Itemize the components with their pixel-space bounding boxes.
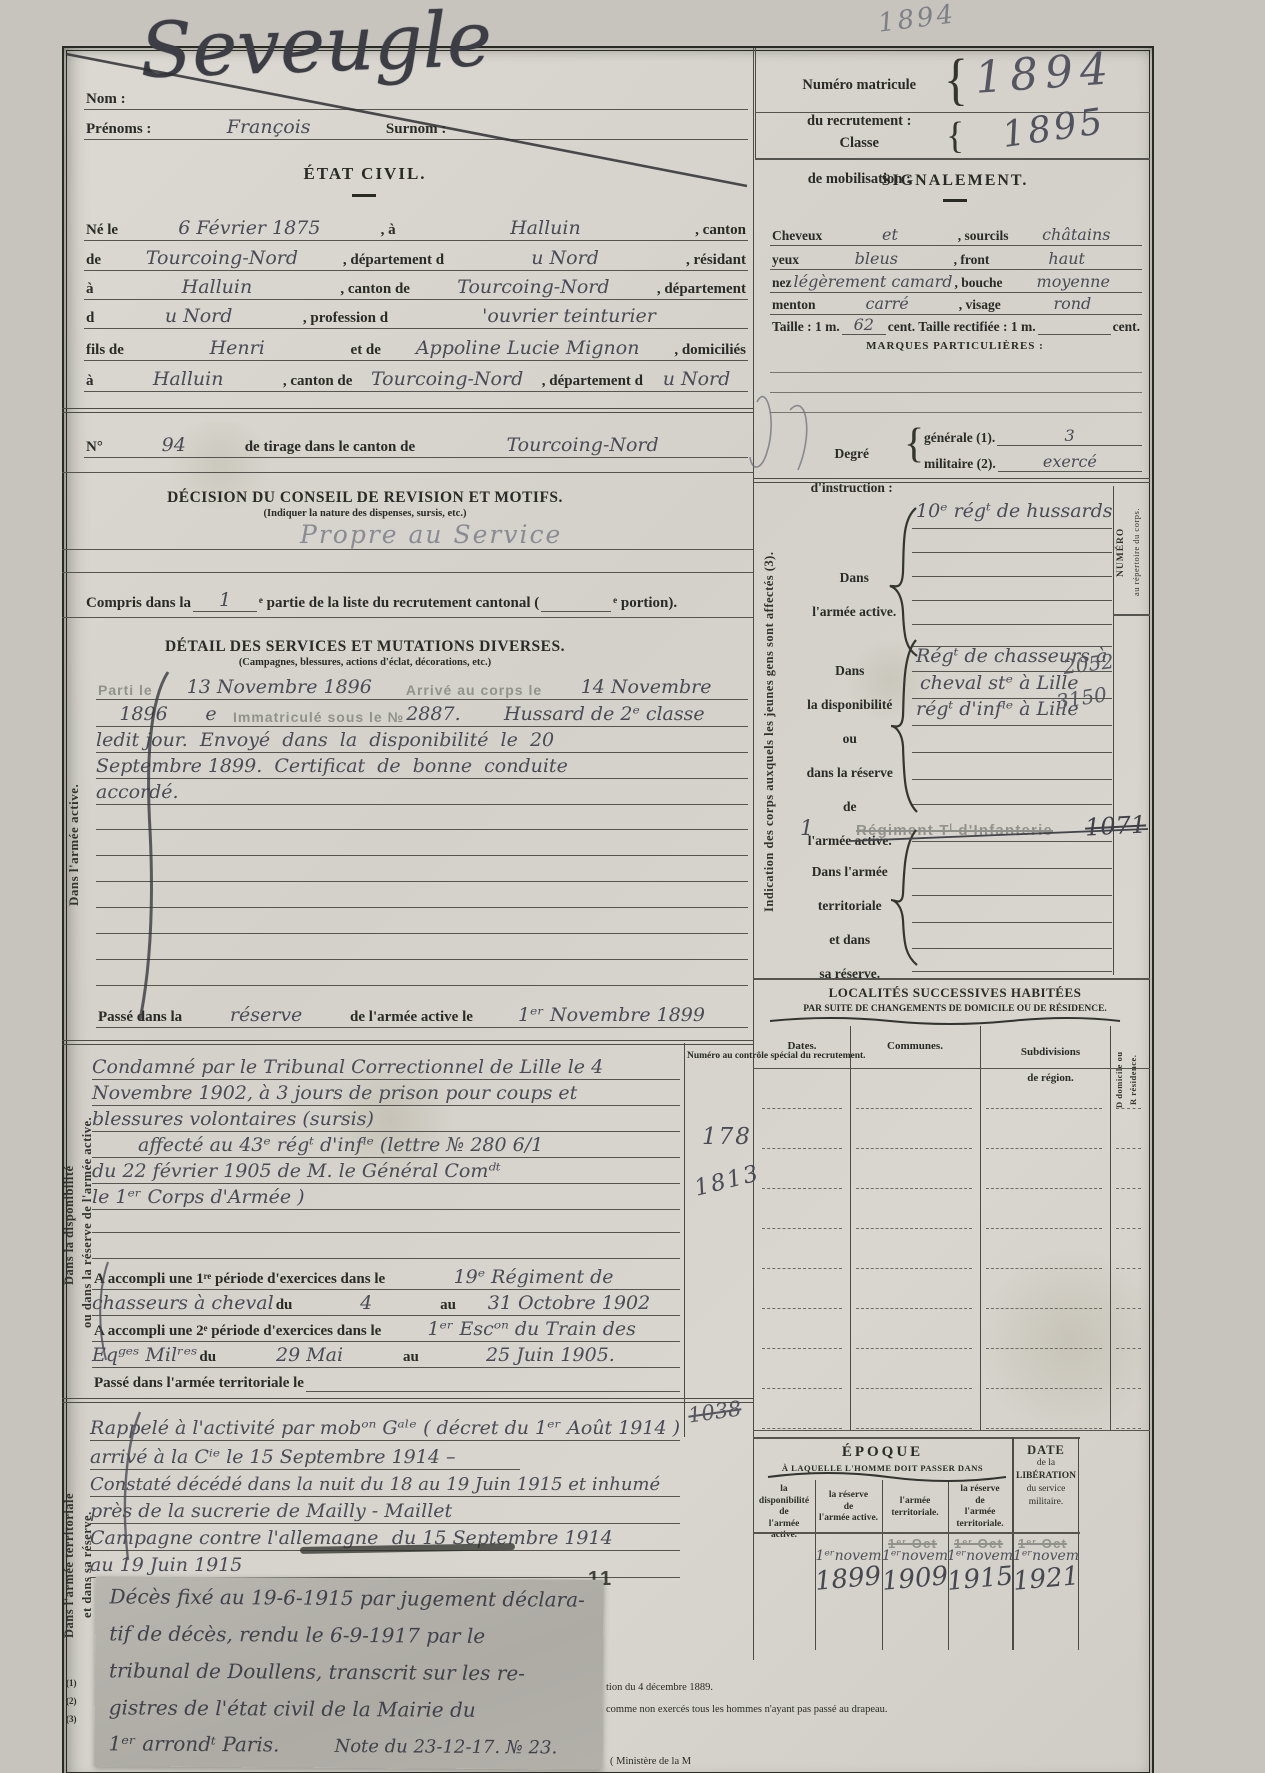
armee-active-le-label: de l'armée active le: [350, 1009, 473, 1026]
epoque-col3-l1: l'armée: [900, 1496, 931, 1508]
cell-dr: [1116, 1308, 1141, 1349]
periode1-corps-value-2: chasseurs à cheval: [92, 1292, 274, 1314]
affectation-text: du 22 février 1905 de M. le Général Comᵈ…: [92, 1160, 501, 1182]
cell-communes: [856, 1308, 972, 1349]
localites-row: [755, 1348, 1148, 1388]
blank-rule: [912, 600, 1112, 601]
deces-line-1: Constaté décédé dans la nuit du 18 au 19…: [90, 1468, 680, 1497]
section-divider: [62, 1040, 753, 1045]
fils-de-label: fils de: [86, 342, 124, 359]
epoque-year-1: 1899: [814, 1561, 883, 1597]
du-label: du: [276, 1297, 293, 1314]
surname-script: Seveugle: [139, 0, 494, 95]
epoque-col4-l2: de: [975, 1496, 985, 1508]
cell-dr: [1116, 1068, 1141, 1109]
signalement-title-dash: [943, 199, 967, 202]
nom-line: Nom :: [84, 84, 748, 110]
cell-communes: [856, 1068, 972, 1109]
blank-rule: [96, 933, 748, 934]
de-la-label: de la: [1037, 1457, 1055, 1470]
stray-letter: e: [191, 703, 231, 725]
epoque-right-border: [1078, 1437, 1079, 1650]
rappel-line-2: arrivé à la Cⁱᵉ le 15 Septembre 1914 –: [90, 1441, 520, 1470]
epoque-header-rule: [753, 1532, 1080, 1534]
dans-label: Dans: [835, 663, 864, 678]
profession-label: , profession d: [303, 310, 388, 327]
dans-label: Dans: [840, 570, 869, 585]
services-subtitle: (Campagnes, blessures, actions d'éclat, …: [80, 657, 650, 668]
numero-repertoire-border: [1113, 486, 1114, 975]
nom-label: Nom :: [86, 91, 126, 108]
epoque-col-line-3: [948, 1480, 949, 1650]
du-label: du: [199, 1349, 216, 1366]
disponibilite-label: la disponibilité: [807, 697, 892, 712]
menton-label: menton: [772, 297, 816, 313]
footnote-text-2: comme non exercés tous les hommes n'ayan…: [606, 1704, 888, 1715]
epoque-col-line-1: [815, 1480, 816, 1650]
cell-dr: [1116, 1228, 1141, 1269]
localites-bottom-border: [753, 1430, 1150, 1431]
epoque-year-3: 1915: [946, 1561, 1015, 1597]
blank-rule: [912, 528, 1112, 529]
controle-header: Numéro au contrôle spécial du recrutemen…: [687, 1050, 749, 1063]
condamnation-line-1: Condamné par le Tribunal Correctionnel d…: [92, 1052, 680, 1080]
cell-dr: [1116, 1268, 1141, 1309]
blank-rule: [912, 779, 1112, 780]
du-service-label: du service: [1027, 1483, 1066, 1496]
nez-value: légèrement camard: [794, 272, 953, 291]
birth-canton-value: Tourcoing-Nord: [103, 247, 341, 269]
numero-repertoire-label-2: au répertoire du corps.: [1131, 494, 1141, 610]
blank-rule: [912, 698, 1112, 699]
passe-reserve-line: Passé dans la réserve de l'armée active …: [96, 1000, 748, 1028]
epoque-value-territoriale: 1ᵉʳnovem 1909: [884, 1548, 946, 1594]
cell-communes: [856, 1148, 972, 1189]
services-text: ledit jour. Envoyé dans la disponibilité…: [96, 729, 554, 751]
cell-communes: [856, 1348, 972, 1389]
slip-line-2: tif de décès, rendu le 6-9-1917 par le: [109, 1621, 485, 1648]
surnom-label: Surnom :: [386, 121, 446, 138]
parti-le-stamp: Parti le: [98, 682, 153, 698]
regiment-territorial-stamp: Régiment Tˡ d'Infanterie: [856, 822, 1053, 839]
services-line-2: 1896 e Immatriculé sous le № 2887. Hussa…: [96, 699, 748, 727]
services-line-3: ledit jour. Envoyé dans la disponibilité…: [96, 725, 748, 753]
date-label: DATE: [1027, 1444, 1065, 1457]
cell-dr: [1116, 1188, 1141, 1229]
menton-value: carré: [818, 294, 957, 313]
blank-rule: [912, 841, 1112, 842]
affectation-text: affecté au 43ᵉ régᵗ d'infⁱᵉ (lettre № 28…: [138, 1134, 543, 1156]
epoque-subtitle: À LAQUELLE L'HOMME DOIT PASSER DANS: [753, 1463, 1012, 1473]
blank-rule: [912, 752, 1112, 753]
a-label: à: [86, 281, 94, 298]
etat-civil-line-6: à Halluin , canton de Tourcoing-Nord , d…: [84, 365, 748, 392]
birth-departement-value: u Nord: [446, 247, 684, 269]
departement-label: , département: [657, 281, 746, 298]
section-divider: [62, 408, 753, 413]
localites-subtitle: PAR SUITE DE CHANGEMENTS DE DOMICILE OU …: [760, 1004, 1150, 1014]
rule: [62, 617, 753, 618]
periode2-label: A accompli une 2ᵉ période d'exercices da…: [94, 1323, 381, 1340]
blank-rule: [912, 895, 1112, 896]
cell-communes: [856, 1188, 972, 1229]
matricule-label-1: Numéro matricule: [802, 77, 916, 93]
et-de-label: et de: [351, 342, 381, 359]
cent-label: cent.: [1113, 319, 1140, 335]
blank-rule: [912, 922, 1112, 923]
slip-line-3: tribunal de Doullens, transcrit sur les …: [109, 1658, 525, 1685]
epoque-col4-l1: la réserve: [960, 1484, 999, 1496]
matricule-brace: {: [944, 46, 968, 113]
rule: [62, 572, 753, 573]
periode1-fin-value: 31 Octobre 1902: [458, 1292, 680, 1314]
depart-date-value: 13 Novembre 1896: [155, 676, 404, 698]
cell-dr: [1116, 1108, 1141, 1149]
domicile-canton-value: Tourcoing-Nord: [354, 368, 539, 390]
portion-field: [541, 611, 611, 612]
residence-departement-value: u Nord: [96, 305, 301, 327]
compris-line: Compris dans la 1 ᵉ partie de la liste d…: [84, 586, 704, 613]
numero-tirage-label: N°: [86, 439, 103, 456]
condamnation-text: Condamné par le Tribunal Correctionnel d…: [92, 1056, 603, 1078]
epoque-top-border: [753, 1437, 1080, 1439]
footnote-marker-2: (2): [66, 1696, 77, 1706]
epoque-col2-header: la réserve de l'armée active.: [817, 1490, 880, 1525]
domicile-value: Halluin: [96, 368, 281, 390]
marques-label: MARQUES PARTICULIÈRES :: [760, 340, 1150, 352]
prenoms-line: Prénoms : François Surnom :: [84, 112, 748, 140]
affectation-line-2: du 22 février 1905 de M. le Général Comᵈ…: [92, 1156, 680, 1184]
blank-rule: [912, 868, 1112, 869]
cell-dates: [762, 1148, 842, 1189]
sourcils-label: , sourcils: [958, 228, 1009, 244]
rule: [62, 472, 753, 473]
militaire-label: militaire.: [1029, 1496, 1064, 1509]
yeux-label: yeux: [772, 252, 799, 268]
degre-label-1: Degré: [835, 446, 869, 461]
residence-value: Halluin: [96, 276, 339, 298]
blank-rule: [92, 1232, 680, 1233]
localites-row: [755, 1108, 1148, 1148]
slip-line-4: gistres de l'état civil de la Mairie du: [109, 1695, 476, 1722]
au-label: au: [403, 1349, 419, 1366]
condamnation-line-2: Novembre 1902, à 3 jours de prison pour …: [92, 1078, 680, 1106]
ne-le-label: Né le: [86, 222, 118, 239]
periode1-debut-value: 4: [294, 1292, 438, 1314]
cell-dates: [762, 1108, 842, 1149]
visage-value: rond: [1003, 294, 1142, 313]
epoque-col3-l2: territoriale.: [891, 1508, 938, 1520]
blank-rule: [96, 829, 748, 830]
epoque-col4-l3: l'armée: [965, 1507, 996, 1519]
compris-label-3: ᵉ portion).: [613, 595, 677, 612]
territoriale-label: territoriale: [818, 898, 882, 913]
ou-label: ou: [843, 731, 857, 746]
rappel-decret-text: ( décret du 1ᵉʳ Août 1914 ): [423, 1417, 680, 1439]
rappel-line-1: Rappelé à l'activité par mobᵒⁿ Gᵃˡᵉ ( dé…: [90, 1412, 680, 1441]
etat-civil-title: ÉTAT CIVIL.: [80, 164, 650, 184]
affectation-line-3: le 1ᵉʳ Corps d'Armée ): [92, 1182, 680, 1210]
localites-row: [755, 1228, 1148, 1268]
nez-label: nez: [772, 275, 792, 291]
epoque-col1-l4: l'armée active.: [755, 1519, 813, 1542]
epoque-value-reserve-active: 1ᵉʳnovem 1899: [817, 1548, 880, 1594]
matricule-value: 1894: [973, 43, 1116, 104]
signalement-line-4: menton carré , visage rond: [770, 291, 1142, 315]
front-value: haut: [991, 249, 1142, 268]
signalement-line-2: yeux bleus , front haut: [770, 246, 1142, 270]
epoque-title: ÉPOQUE: [753, 1444, 1012, 1461]
epoque-date-header: DATE de la LIBÉRATION du service militai…: [1014, 1444, 1078, 1509]
militaire-value: exercé: [998, 452, 1142, 472]
classe-brace: {: [946, 114, 964, 158]
blank-rule: [912, 804, 1112, 805]
etat-civil-line-3: à Halluin , canton de Tourcoing-Nord , d…: [84, 273, 748, 300]
localites-title: LOCALITÉS SUCCESSIVES HABITÉES: [760, 985, 1150, 1001]
corps-indication-label: Indication des corps auxquels les jeunes…: [762, 492, 777, 972]
corps-territoriale-value: 1: [800, 816, 813, 840]
instruction-label: Degré d'instruction :: [790, 428, 900, 513]
localites-row: [755, 1268, 1148, 1308]
a-label: , à: [381, 222, 396, 239]
epoque-year-2: 1909: [881, 1561, 950, 1597]
etat-civil-line-5: fils de Henri et de Appoline Lucie Migno…: [84, 334, 748, 361]
epoque-col2-l2: de: [844, 1502, 854, 1514]
instruction-militaire-line: militaire (2). exercé: [922, 450, 1142, 473]
domicilies-label: , domiciliés: [674, 342, 746, 359]
recruitment-register-scan: 1894 Seveugle Nom : Prénoms : François S…: [0, 0, 1265, 1773]
periode1-line-1: A accompli une 1ʳᵉ période d'exercices d…: [92, 1262, 680, 1290]
taille-label: Taille : 1 m.: [772, 319, 840, 335]
taille-value: 62: [842, 315, 886, 335]
father-name-value: Henri: [126, 337, 349, 359]
blank-rule: [912, 725, 1112, 726]
epoque-col1-l2: disponibilité: [759, 1496, 809, 1508]
tirage-canton-value: Tourcoing-Nord: [417, 434, 748, 456]
bouche-label: , bouche: [954, 275, 1002, 291]
cell-subdivisions: [986, 1268, 1102, 1309]
cell-dr: [1116, 1148, 1141, 1189]
dans-armee-label: Dans l'armée: [812, 864, 888, 879]
passe-territoriale-field: [306, 1391, 680, 1392]
condamnation-line-3: blessures volontaires (sursis): [92, 1104, 680, 1132]
tirage-line: N° 94 de tirage dans le canton de Tourco…: [84, 430, 748, 458]
campagne-fin-text: au 19 Juin 1915: [90, 1554, 242, 1576]
localites-row: [755, 1068, 1148, 1108]
localites-row: [755, 1308, 1148, 1348]
prenoms-label: Prénoms :: [86, 121, 151, 138]
corps-active-label: Dans l'armée active.: [795, 552, 900, 637]
footnote-text-3: ( Ministère de la M: [610, 1756, 691, 1767]
signalement-line-3: nez légèrement camard , bouche moyenne: [770, 269, 1142, 293]
inhumation-text: près de la sucrerie de Mailly - Maillet: [90, 1500, 452, 1522]
signalement-title: SIGNALEMENT.: [760, 172, 1150, 190]
de-label: de: [86, 252, 101, 269]
epoque-year-4: 1921: [1012, 1561, 1081, 1597]
etat-civil-title-dash: [352, 194, 376, 197]
controle-column-border: [684, 1043, 685, 1437]
epoque-col4-header: la réserve de l'armée territoriale.: [950, 1484, 1010, 1530]
blank-rule: [96, 907, 748, 908]
front-label: , front: [954, 252, 990, 268]
cell-subdivisions: [986, 1068, 1102, 1109]
militaire-label: militaire (2).: [924, 456, 996, 472]
decision-value: Propre au Service: [300, 520, 562, 549]
periode2-fin-value: 25 Juin 1905.: [421, 1344, 680, 1366]
numero-repertoire-label-1: NUMÉRO: [1116, 494, 1126, 610]
cell-dr: [1116, 1348, 1141, 1389]
cell-subdivisions: [986, 1108, 1102, 1149]
localites-col-communes: Communes.: [852, 1040, 978, 1052]
footnote-marker-1: (1): [66, 1678, 77, 1688]
blank-rule: [92, 1258, 680, 1259]
corps-active-value: 10ᵉ régᵗ de hussards: [916, 500, 1113, 522]
blank-rule: [912, 948, 1112, 949]
immatricule-stamp: Immatriculé sous le №: [233, 709, 404, 725]
cell-dates: [762, 1228, 842, 1269]
grade-value: Hussard de 2ᵉ classe: [461, 703, 748, 725]
profession-value: 'ouvrier teinturier: [390, 305, 748, 327]
epoque-value-liberation: 1ᵉʳnovem 1921: [1014, 1548, 1078, 1594]
visage-label: , visage: [959, 297, 1001, 313]
slip-line-1: Décès fixé au 19-6-1915 par jugement déc…: [109, 1584, 584, 1611]
slip-line-5: 1ᵉʳ arrondᵗ Paris.: [108, 1731, 279, 1756]
generale-value: 3: [997, 426, 1142, 446]
etat-civil-line-4: d u Nord , profession d 'ouvrier teintur…: [84, 302, 748, 329]
sidebar-armee-active: Dans l'armée active.: [66, 660, 82, 1030]
section-divider: [753, 478, 1150, 483]
cell-subdivisions: [986, 1228, 1102, 1269]
canton-de-label: , canton de: [340, 281, 410, 298]
sidebar-disponibilite-1: Dans la disponibilité: [62, 1060, 77, 1390]
cell-dates: [762, 1068, 842, 1109]
affectation-text: le 1ᵉʳ Corps d'Armée ): [92, 1186, 305, 1208]
localites-row: [755, 1188, 1148, 1228]
decision-title: DÉCISION DU CONSEIL DE REVISION ET MOTIF…: [80, 489, 650, 507]
blank-rule: [912, 552, 1112, 553]
periode2-line-2: Eqᵍᵉˢ Milʳᵉˢ du 29 Mai au 25 Juin 1905.: [92, 1340, 680, 1368]
departement-label: , département d: [542, 373, 643, 390]
mother-name-value: Appoline Lucie Mignon: [383, 337, 672, 359]
cell-communes: [856, 1108, 972, 1149]
rappel-text: Rappelé à l'activité par mobᵒⁿ Gᵃˡᵉ: [90, 1417, 417, 1439]
deces-line-2: près de la sucrerie de Mailly - Maillet: [90, 1495, 680, 1524]
blank-rule: [96, 985, 748, 986]
blank-rule: [912, 624, 1112, 625]
subdivisions-label-1: Subdivisions: [1021, 1046, 1080, 1058]
periode1-line-2: chasseurs à cheval du 4 au 31 Octobre 19…: [92, 1288, 680, 1316]
numero-tirage-value: 94: [105, 434, 243, 456]
yeux-value: bleus: [801, 249, 952, 268]
slip-note: Note du 23-12-17. № 23.: [334, 1736, 557, 1759]
periode2-corps-value-2: Eqᵍᵉˢ Milʳᵉˢ: [92, 1344, 197, 1366]
epoque-value-reserve-territoriale: 1ᵉʳnovem 1915: [950, 1548, 1010, 1594]
controle-number-1: 178: [702, 1124, 752, 1150]
epoque-col1-l3: de: [779, 1507, 789, 1519]
blank-rule: [770, 372, 1142, 373]
cell-communes: [856, 1268, 972, 1309]
cell-dates: [762, 1388, 842, 1429]
epoque-col1-l1: la: [780, 1484, 787, 1496]
prenoms-value: François: [153, 116, 384, 138]
tirage-canton-label: de tirage dans le canton de: [245, 439, 415, 456]
signalement-line-1: Cheveux et , sourcils châtains: [770, 222, 1142, 246]
epoque-col3-header: l'armée territoriale.: [884, 1496, 946, 1519]
domicile-departement-value: u Nord: [645, 368, 748, 390]
services-line-5: accordé.: [96, 777, 748, 805]
cell-dr: [1116, 1388, 1141, 1429]
localites-row: [755, 1388, 1148, 1428]
cell-subdivisions: [986, 1388, 1102, 1429]
etat-civil-line-2: de Tourcoing-Nord , département d u Nord…: [84, 244, 748, 271]
epoque-col2-l1: la réserve: [829, 1490, 868, 1502]
sourcils-value: châtains: [1011, 225, 1143, 244]
deces-text: Constaté décédé dans la nuit du 18 au 19…: [90, 1474, 660, 1495]
death-registration-slip: Décès fixé au 19-6-1915 par jugement déc…: [94, 1576, 603, 1770]
affectation-line-1: affecté au 43ᵉ régᵗ d'infⁱᵉ (lettre № 28…: [92, 1130, 680, 1158]
reserve-label: dans la réserve: [807, 765, 893, 780]
corner-number: 1894: [876, 0, 957, 39]
a-label: à: [86, 373, 94, 390]
de-label: de: [843, 799, 857, 814]
localites-col-dates: Dates.: [755, 1040, 849, 1052]
cheveux-value: et: [824, 225, 956, 244]
cell-subdivisions: [986, 1348, 1102, 1389]
rule: [62, 549, 753, 550]
numero-repertoire-bottom: [1113, 614, 1150, 616]
cell-dates: [762, 1188, 842, 1229]
repertoire-number-3: 1071: [1084, 810, 1146, 841]
cell-communes: [856, 1228, 972, 1269]
blank-rule: [96, 855, 748, 856]
cell-subdivisions: [986, 1148, 1102, 1189]
residence-canton-value: Tourcoing-Nord: [412, 276, 655, 298]
passe-reserve-date-value: 1ᵉʳ Novembre 1899: [475, 1004, 748, 1026]
header-box-left-border: [755, 48, 756, 158]
services-line-4: Septembre 1899. Certificat de bonne cond…: [96, 751, 748, 779]
blank-rule: [912, 576, 1112, 577]
blank-rule: [770, 392, 1142, 393]
departement-label: , département d: [343, 252, 444, 269]
periode2-line-1: A accompli une 2ᵉ période d'exercices da…: [92, 1314, 680, 1342]
signalement-taille-line: Taille : 1 m. 62 cent. Taille rectifiée …: [770, 313, 1142, 336]
periode1-corps-value: 19ᵉ Régiment de: [387, 1266, 680, 1288]
canton-de-label: , canton de: [283, 373, 353, 390]
sidebar-territoriale-2: et dans sa réserve.: [80, 1430, 95, 1700]
corps-dispo-value-3: régᵗ d'infⁱᵉ à Lille: [916, 698, 1079, 720]
birth-place-value: Halluin: [398, 217, 694, 239]
residant-label: , résidant: [686, 252, 746, 269]
d-label: d: [86, 310, 94, 327]
blank-rule: [770, 412, 1142, 413]
bouche-value: moyenne: [1005, 272, 1143, 291]
au-label: au: [440, 1297, 456, 1314]
epoque-col2-l3: l'armée active.: [819, 1513, 878, 1525]
arrivee-compagnie-text: arrivé à la Cⁱᵉ le 15 Septembre 1914 –: [90, 1446, 455, 1468]
corps-territoriale-label: Dans l'armée territoriale et dans sa rés…: [778, 846, 908, 999]
arrive-corps-stamp: Arrivé au corps le: [406, 682, 542, 698]
cell-dates: [762, 1268, 842, 1309]
footnote-marker-3: (3): [66, 1714, 77, 1724]
cell-subdivisions: [986, 1188, 1102, 1229]
compris-label: Compris dans la: [86, 595, 191, 612]
passe-territoriale-line: Passé dans l'armée territoriale le: [92, 1366, 680, 1393]
condamnation-text: blessures volontaires (sursis): [92, 1108, 374, 1130]
taille-rectifiee-label: cent. Taille rectifiée : 1 m.: [888, 319, 1036, 335]
instruction-generale-line: générale (1). 3: [922, 424, 1142, 447]
passe-territoriale-label: Passé dans l'armée territoriale le: [94, 1375, 304, 1392]
compris-partie-value: 1: [193, 589, 257, 612]
